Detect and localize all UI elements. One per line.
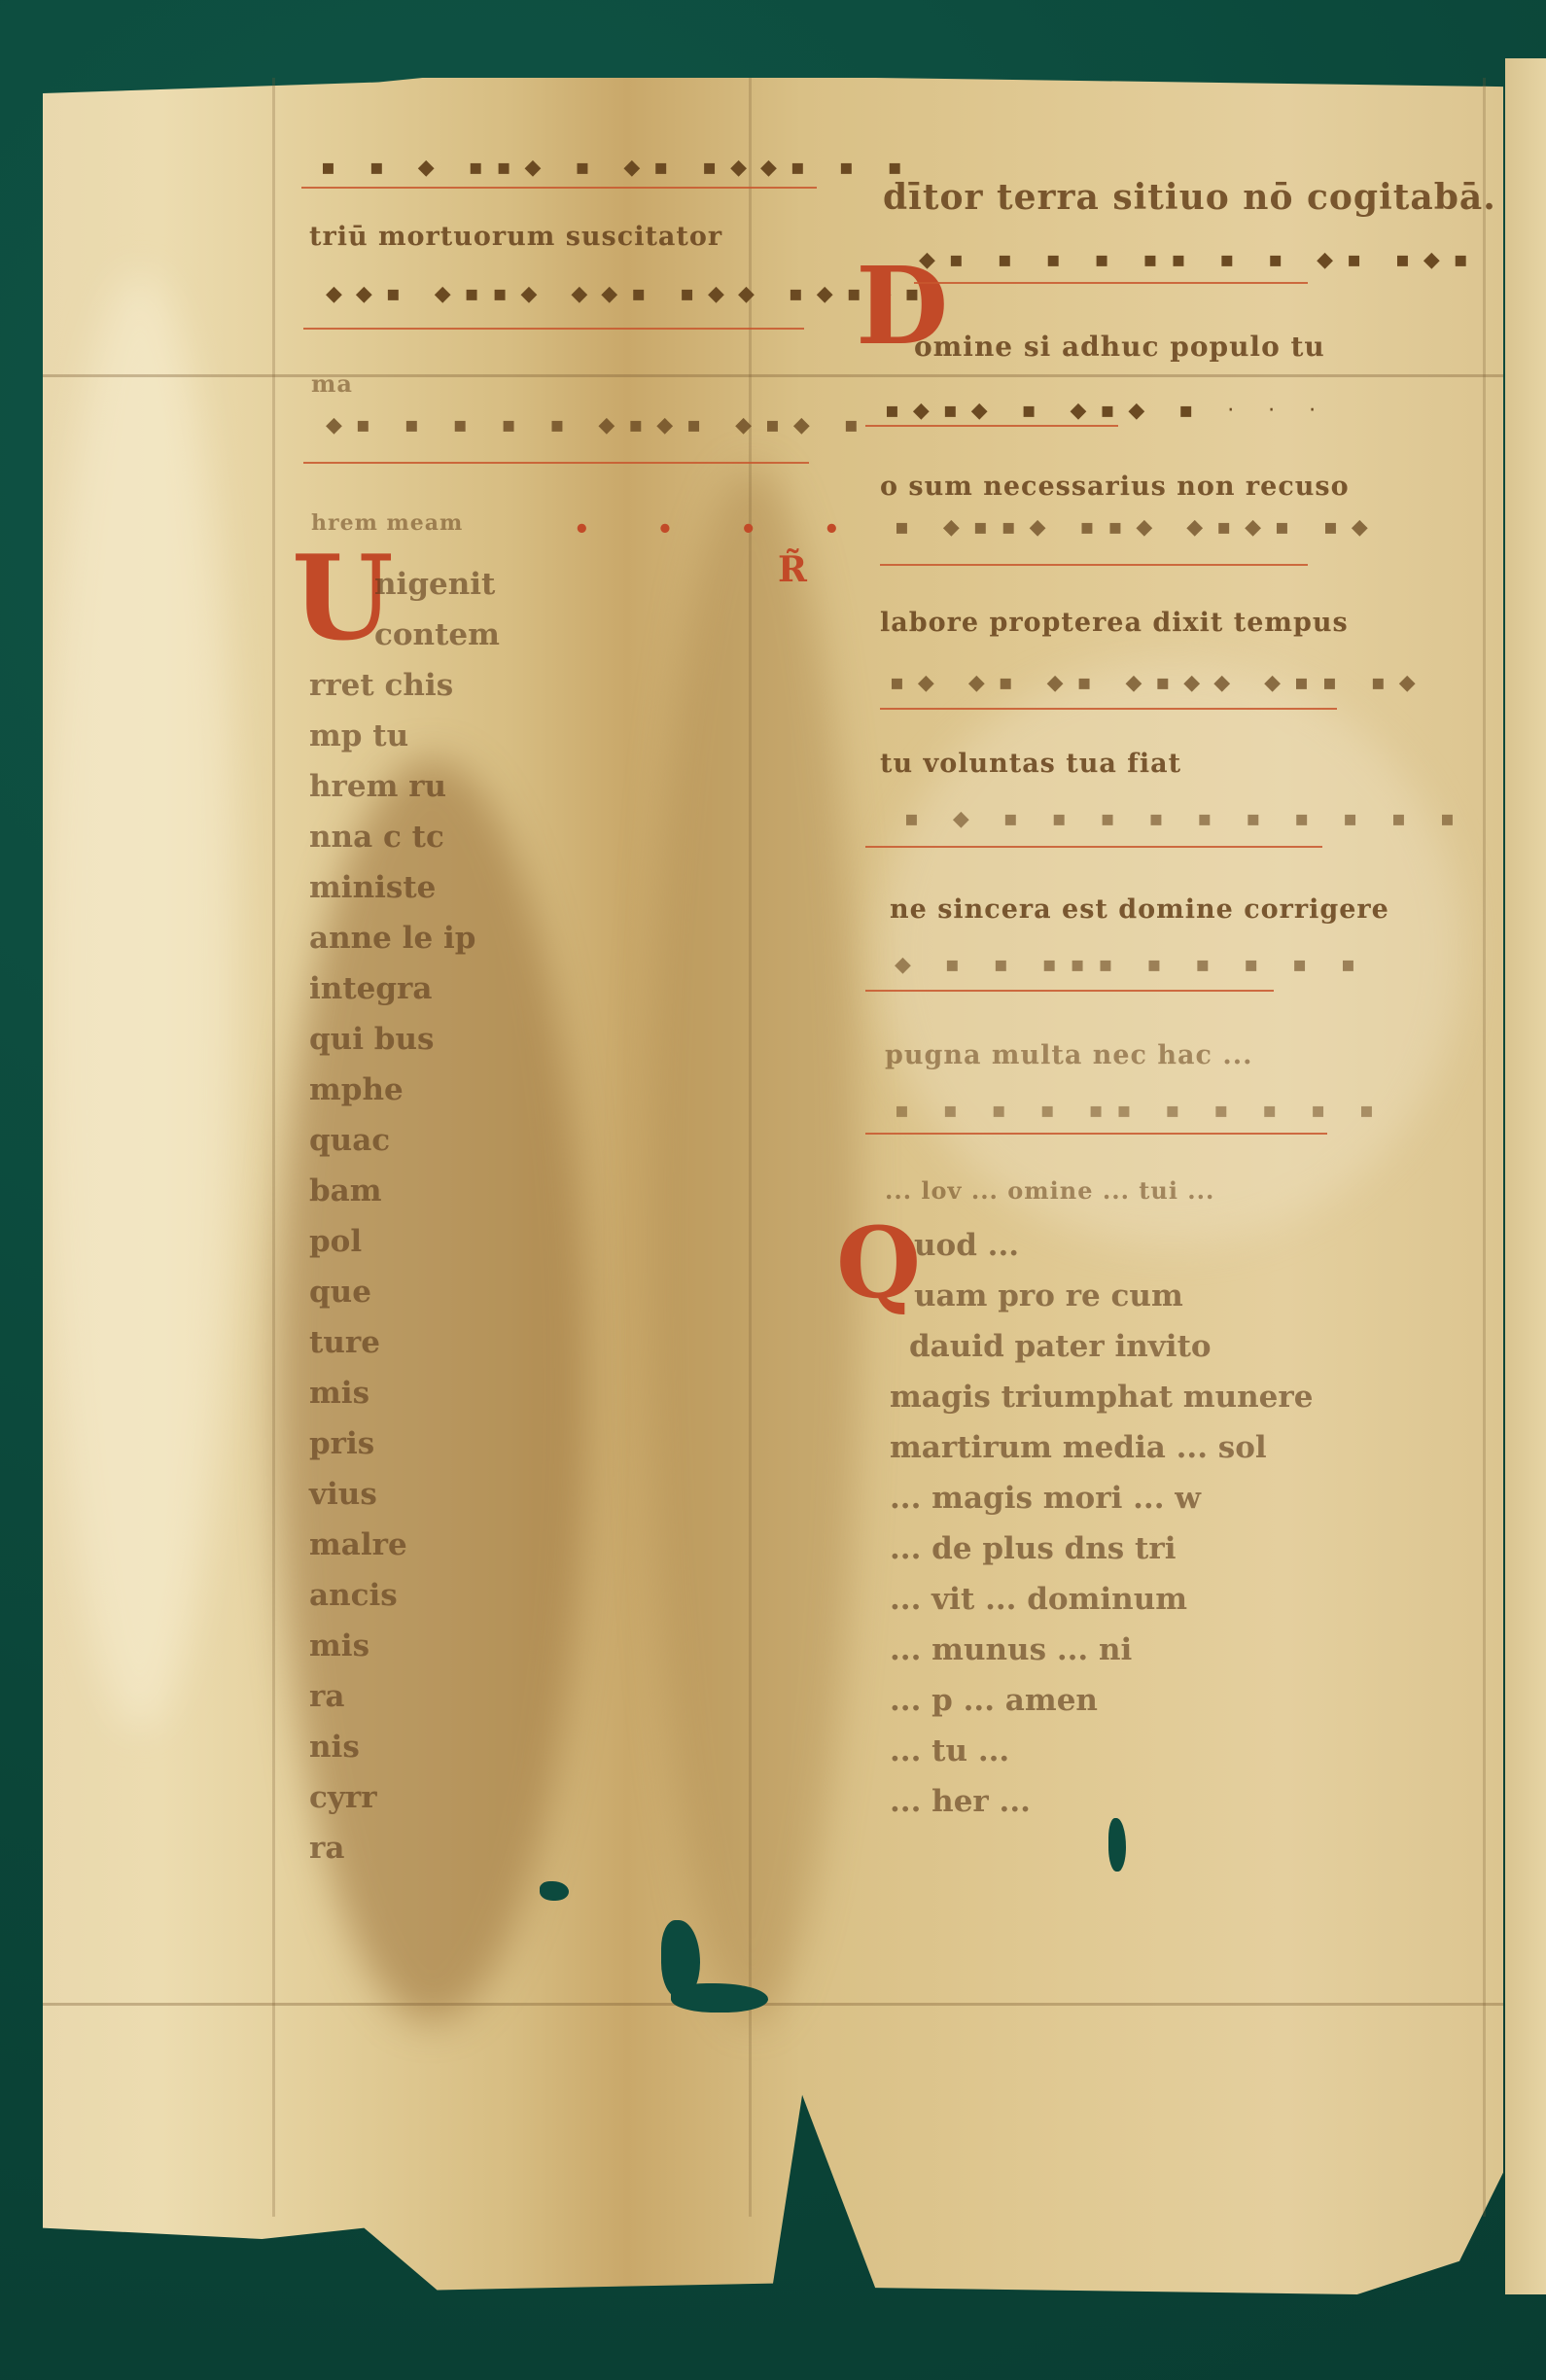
right-text-line: dauid pater invito bbox=[909, 1321, 1212, 1372]
left-text-line: anne le ip bbox=[309, 913, 475, 963]
lyric-line: o sum necessarius non recuso bbox=[880, 472, 1350, 502]
lyric-line: labore propterea dixit tempus bbox=[880, 608, 1349, 638]
neumes: ▪ ▪ ▪ ▪ ▪▪ ▪ ▪ ▪ ▪ ▪ bbox=[895, 1099, 1388, 1123]
left-text-line: hrem ru bbox=[309, 761, 446, 812]
staff-line bbox=[880, 708, 1337, 710]
neumes: ▪ ▪ ◆ ▪▪◆ ▪ ◆▪ ▪◆◆▪ ▪ ▪ bbox=[321, 156, 916, 180]
staff-line bbox=[865, 846, 1322, 848]
left-text-line: mis bbox=[309, 1621, 369, 1671]
neumes: ▪ ◆ ▪ ▪ ▪ ▪ ▪ ▪ ▪ ▪ ▪ ▪ bbox=[904, 807, 1468, 831]
left-text-line: que bbox=[309, 1267, 371, 1317]
fold-line bbox=[43, 2003, 1503, 2006]
fold-line bbox=[749, 78, 752, 2217]
right-text-line: ... p ... amen bbox=[890, 1675, 1098, 1726]
lyric-line: omine si adhuc populo tu bbox=[914, 331, 1325, 363]
left-text-line: rret chis bbox=[309, 660, 453, 711]
right-text-line: ... magis mori ... w bbox=[890, 1473, 1201, 1523]
left-text-line: mphe bbox=[309, 1065, 404, 1115]
left-text-line: pris bbox=[309, 1418, 374, 1469]
left-text-line: ra bbox=[309, 1823, 344, 1873]
staff-line bbox=[865, 1133, 1327, 1135]
top-lyric-line: dītor terra sitiuo nō cogitabā. bbox=[883, 177, 1496, 218]
neumes: ▪◆ ◆▪ ◆▪ ◆▪◆◆ ◆▪▪ ▪◆ bbox=[890, 671, 1429, 695]
fold-line bbox=[272, 78, 275, 2217]
left-text-line: vius bbox=[309, 1469, 377, 1520]
fold-line bbox=[1483, 78, 1486, 2217]
left-text-line: mp tu bbox=[309, 711, 408, 761]
right-text-line: ... munus ... ni bbox=[890, 1625, 1132, 1675]
staff-line bbox=[914, 282, 1308, 284]
right-text-line: ... de plus dns tri bbox=[890, 1523, 1177, 1574]
lyric-line: ne sincera est domine corrigere bbox=[890, 894, 1389, 925]
left-text-line: ra bbox=[309, 1671, 344, 1722]
water-stain bbox=[646, 467, 860, 2022]
left-text-line: contem bbox=[374, 610, 500, 660]
left-text-line: nis bbox=[309, 1722, 360, 1772]
neumes: ◆ ▪ ▪ ▪▪▪ ▪ ▪ ▪ ▪ ▪ bbox=[895, 953, 1369, 977]
right-text-line: ... her ... bbox=[890, 1776, 1031, 1827]
left-text-line: integra bbox=[309, 963, 432, 1014]
left-text-line: pol bbox=[309, 1216, 362, 1267]
left-text-line: ture bbox=[309, 1317, 380, 1368]
right-text-line: ... tu ... bbox=[890, 1726, 1009, 1776]
right-text-line: martirum media ... sol bbox=[890, 1422, 1267, 1473]
neumes: ▪ ◆▪▪◆ ▪▪◆ ◆▪◆▪ ▪◆ bbox=[895, 515, 1382, 540]
adjacent-leaf-edge bbox=[1505, 58, 1546, 2294]
decorated-initial-q: Q bbox=[836, 1206, 921, 1320]
right-text-line: uam pro re cum bbox=[914, 1271, 1183, 1321]
right-text-line: uod ... bbox=[914, 1220, 1019, 1271]
left-text-line: malre bbox=[309, 1520, 407, 1570]
staff-line bbox=[880, 564, 1308, 566]
neumes: ◆◆▪ ◆▪▪◆ ◆◆▪ ▪◆◆ ▪◆▪◆▪ bbox=[326, 282, 932, 306]
staff-line bbox=[301, 187, 817, 189]
responsory-marker: R̃ bbox=[778, 549, 807, 590]
neumes: ▪◆▪◆ ▪ ◆▪◆ ▪ · · · bbox=[885, 399, 1329, 423]
neumes: ◆▪ ▪ ▪ ▪ ▪ ◆▪◆▪ ◆▪◆ ▪ bbox=[326, 413, 872, 437]
left-text-line: ministe bbox=[309, 862, 436, 913]
left-text-line: nigenit bbox=[374, 559, 495, 610]
left-text-line: bam bbox=[309, 1166, 382, 1216]
lyric-line: ... lov ... omine ... tui ... bbox=[885, 1176, 1214, 1205]
left-text-line: ancis bbox=[309, 1570, 398, 1621]
staff-line bbox=[303, 462, 809, 464]
staff-line bbox=[865, 425, 1118, 427]
left-text-line: nna c tc bbox=[309, 812, 444, 862]
left-text-line: qui bus bbox=[309, 1014, 434, 1065]
lyric-line: ma bbox=[311, 369, 353, 398]
rubric-dots: • • • • bbox=[574, 515, 869, 544]
pale-margin bbox=[43, 272, 237, 1731]
tear-hole bbox=[671, 1983, 768, 2012]
fold-line bbox=[43, 374, 1503, 377]
staff-line bbox=[303, 328, 804, 330]
tear-hole bbox=[540, 1881, 569, 1901]
lyric-line: triū mortuorum suscitator bbox=[309, 222, 722, 252]
right-text-line: magis triumphat munere bbox=[890, 1372, 1313, 1422]
left-text-line: cyrr bbox=[309, 1772, 377, 1823]
left-text-line: quac bbox=[309, 1115, 390, 1166]
neumes: ◆▪ ▪ ▪ ▪ ▪▪ ▪ ▪ ◆▪ ▪◆▪ bbox=[919, 248, 1482, 272]
lyric-line: tu voluntas tua fiat bbox=[880, 749, 1181, 779]
right-text-line: ... vit ... dominum bbox=[890, 1574, 1187, 1625]
staff-line bbox=[865, 990, 1274, 992]
left-text-line: mis bbox=[309, 1368, 369, 1418]
lyric-line: pugna multa nec hac ... bbox=[885, 1040, 1253, 1070]
